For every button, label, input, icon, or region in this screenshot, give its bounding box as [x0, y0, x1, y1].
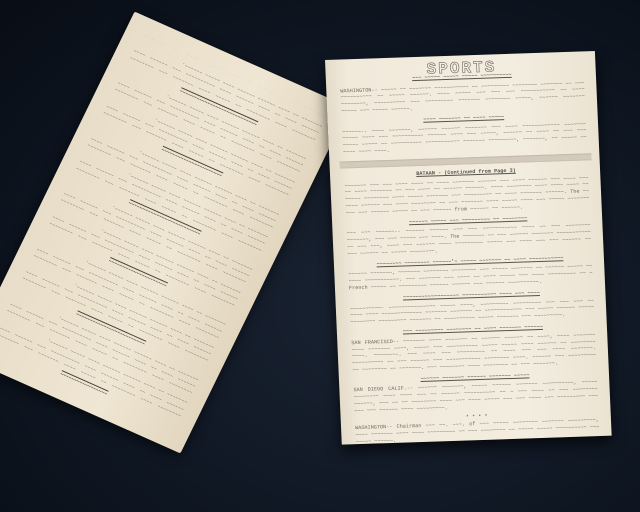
article-paragraph: ~~~~~~-- ~~~~ ~~~~~~~, ~~~~~~ ~~~~~~ ~~~… [342, 121, 587, 156]
article-paragraph: SAN FRANCISCO-- ~~~~~~~ ~~~~ ~~~~~~~ ~~ … [351, 332, 596, 374]
article-sections: WASHINGTON-- ~~~~~ ~~ ~~~~~~~ ~~~~~~~~~~… [340, 80, 600, 446]
article-paragraph: ~~~~~~~ ~~~ ~~~ ~~~~ ~~~~ ~~ ~~~~ ~~~~~~… [344, 175, 589, 217]
article-paragraph: ~~~~~~~~~~- ~~~~~~~~~~~~~~~ ~~~~~ ~~~~, … [350, 298, 595, 326]
article-paragraph: ~~~ ~~~ ~~~~~~-- ~~~~~~ ~~~~~~ ~~~ ~~~ ~… [346, 223, 591, 258]
right-page: SPORTS ~~~ ~~~~~ ~~~~~ ~~~~~ ~~~~~~~~~~ … [325, 51, 612, 445]
article-paragraph: ~~~~~~ ~~~~~~~, ~~~~~~~ ~~~~~~~~ ~~~~~~~… [348, 264, 593, 292]
article-paragraph: SAN DIEGO CALIF.-- ~~~~~~ ~~~~~~~, ~~~~~… [353, 380, 598, 415]
article-paragraph: WASHINGTON-- ~~~~~ ~~ ~~~~~~~ ~~~~~~~~~~… [340, 80, 585, 115]
right-page-content: SPORTS ~~~ ~~~~~ ~~~~~ ~~~~~ ~~~~~~~~~~ … [339, 59, 599, 434]
